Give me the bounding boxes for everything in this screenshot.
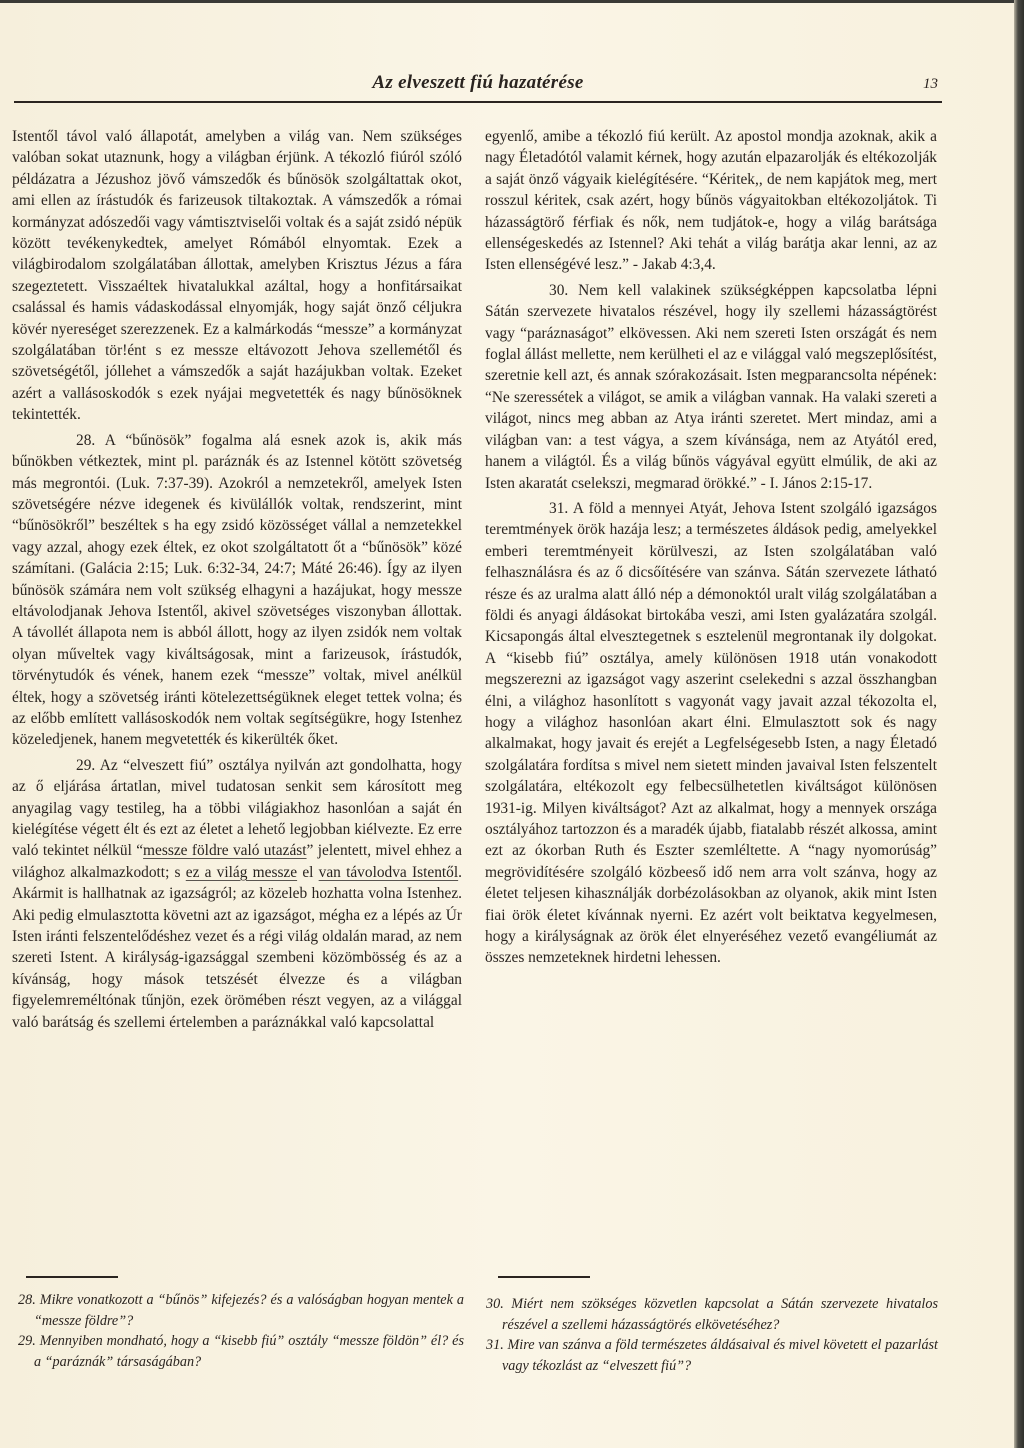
study-question-29: 29. Mennyiben mondható, hogy a “kisebb f… [18,1331,464,1372]
study-question-31: 31. Mire van szánva a föld természetes á… [486,1335,938,1376]
running-header: Az elveszett fiú hazatérése 13 [14,70,942,104]
underlined-phrase: ez a világ messze [186,864,297,881]
footnotes-left: 28. Mikre vonatkozott a “bűnös” kifejezé… [18,1290,464,1372]
text-span: . Akármit is hallhatnak az igazságról; a… [12,864,462,1031]
footnotes-right: 30. Miért nem szökséges közvetlen kapcso… [486,1294,938,1376]
underlined-phrase: van távolodva Istentől [319,864,459,881]
study-question-28: 28. Mikre vonatkozott a “bűnös” kifejezé… [18,1290,464,1331]
scan-right-edge [1014,0,1024,1448]
footnote-rule-right [498,1276,590,1278]
paragraph-30: 30. Nem kell valakinek szükségképpen kap… [485,280,937,494]
text-span: el [297,864,319,881]
footnote-rule-left [26,1276,118,1278]
header-rule [14,101,942,103]
right-column: egyenlő, amibe a tékozló fiú került. Az … [485,126,937,969]
paragraph-29: 29. Az “elveszett fiú” osztálya nyilván … [12,755,462,1033]
paragraph-continued-right: egyenlő, amibe a tékozló fiú került. Az … [485,126,937,276]
page-number: 13 [923,76,938,93]
paragraph-continued: Istentől távol való állapotát, amelyben … [12,126,462,426]
underlined-phrase: messze földre való utazást [143,842,307,859]
paragraph-28: 28. A “bűnösök” fogalma alá esnek azok i… [12,430,462,751]
paragraph-31: 31. A föld a mennyei Atyát, Jehova Isten… [485,498,937,969]
left-column: Istentől távol való állapotát, amelyben … [12,126,462,1033]
scan-top-edge [0,0,1024,3]
study-question-30: 30. Miért nem szökséges közvetlen kapcso… [486,1294,938,1335]
running-title: Az elveszett fiú hazatérése [14,72,942,94]
